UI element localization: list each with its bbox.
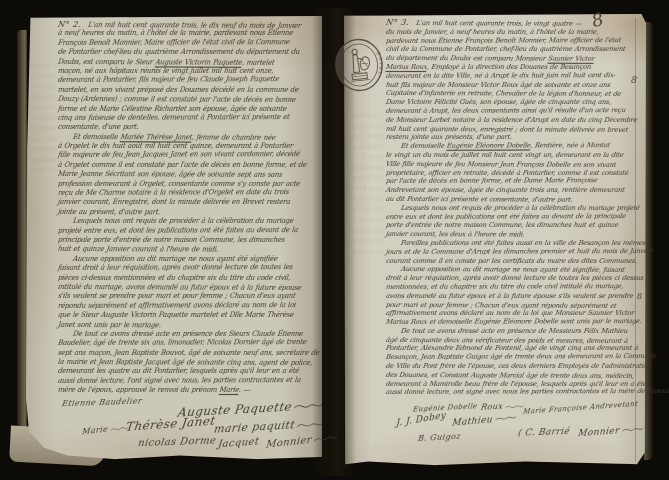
manuscript-line: cinq ans faiseuse de dentelles, demeuran… [57, 113, 321, 123]
manuscript-line: De tout ce avons dressé acte en présence… [385, 327, 640, 336]
manuscript-line: sept ans maçon, Jean Baptiste Bouvot, âg… [57, 349, 320, 358]
manuscript-line: pardevant nous Étienne François Benoît M… [385, 36, 641, 46]
manuscript-line: civil de la Commune de Pontarlier, chef-… [385, 45, 640, 54]
manuscript-line: martelet, en son vivant préposé des Doua… [57, 86, 320, 95]
manuscript-line: Marius Roux et demoiselle Eugénie Éléono… [385, 317, 641, 327]
manuscript-line: Lesquels nous ont requis de procéder à l… [57, 217, 320, 226]
manuscript-line: à Orgelet comme il est constaté par l'ac… [57, 161, 320, 170]
manuscript-line: de Pontarlier chef-lieu du quatrième Arr… [57, 48, 320, 57]
manuscript-line: François Benoît Monnier, Maire officier … [57, 38, 321, 48]
manuscript-line: janvier courant, Enregistré, dont la min… [57, 198, 320, 207]
manuscript-line: Lesquels nous ont requis de procéder à l… [385, 204, 640, 213]
manuscript-line: de Ville du Pont frère de l'épouse, ces … [385, 362, 640, 371]
manuscript-line: fille majeure de feu Jean Jacques Janet … [57, 151, 321, 161]
manuscript-line: huit fils majeur de Monsieur Victor Roux… [385, 81, 640, 90]
left-page-text: N° 2.L'an mil huit cent quarante trois, … [58, 20, 320, 396]
signature: ( C. Barrié [517, 427, 571, 439]
manuscript-line: aussi donné lecture, ont signé avec nous… [385, 388, 641, 398]
manuscript-line: Baudelier, âgé de trente six ans, limona… [57, 338, 321, 348]
manuscript-line: demeurant à Arupt, les deux consentants … [385, 106, 641, 116]
manuscript-line: demeurant à Pontarlier, fils majeur de f… [57, 75, 321, 85]
manuscript-line: Et demoiselle Eugénie Éléonore Dobelle, … [385, 141, 641, 151]
signature: Roux [480, 401, 525, 412]
manuscript-line: mère de l'époux, approuvé le renvoi du p… [57, 386, 320, 395]
manuscript-line: aussi donné lecture, l'ont signé avec no… [57, 376, 321, 386]
manuscript-line: que le Sieur Auguste Victorin Paquette m… [57, 311, 320, 320]
manuscript-line: reçu de Me Charme notaire à la résidence… [57, 188, 321, 198]
manuscript-line: mentionnées, et du chapitre six du titre… [385, 282, 641, 292]
manuscript-line: par l'acte de décès en bonne forme, et d… [385, 176, 641, 186]
right-page-text: N° 3.L'an mil huit cent quarante trois, … [386, 19, 640, 397]
manuscript-line: Andrevetant son épouse, âgée de cinquant… [385, 186, 640, 195]
manuscript-line: avons demandé au futur époux et à la fut… [385, 292, 640, 301]
record-number: N° 2. [57, 20, 89, 29]
manuscript-line: projeté entre eux, et dont les publicati… [57, 226, 321, 236]
manuscript-line: Besançon, Jean Baptiste Guigoz âgé de tr… [385, 352, 641, 362]
manuscript-line: consentante, d'une part. [57, 123, 320, 132]
manuscript-line: répondu séparément et affirmativement av… [57, 301, 321, 311]
manuscript-line: jours et de la Commune d'Arupt les diman… [385, 247, 641, 257]
record-number: N° 3. [385, 18, 417, 27]
manuscript-line: le vingt un du mois de juillet mil huit … [385, 151, 640, 160]
manuscript-line: demeurant en la dite Ville, né à Arupt l… [385, 71, 641, 81]
manuscript-line: faisant droit à leur réquisition, après … [57, 263, 321, 273]
manuscript-line: principale porte d'entrée de notre maiso… [57, 236, 320, 245]
revenue-stamp-icon: TIMBRE ROYAL [330, 33, 388, 96]
page-stack-edge-left [17, 30, 27, 450]
paraph-mark: 8 [630, 76, 637, 87]
manuscript-line: porte d'entrée de notre maison Commune, … [385, 221, 640, 230]
manuscript-line: courant comme il en conste par les certi… [385, 257, 640, 266]
archival-scan: L'an mil huit cent quarante trois, le di… [0, 0, 669, 480]
manuscript-line: de Monsieur Larbet notaire à la résidenc… [385, 116, 640, 125]
manuscript-line: entre eux et dont les publications ont é… [385, 212, 641, 222]
manuscript-line: pièces ci-dessus mentionnées et du chapi… [57, 274, 320, 283]
paraph-mark: 8 [637, 292, 643, 301]
